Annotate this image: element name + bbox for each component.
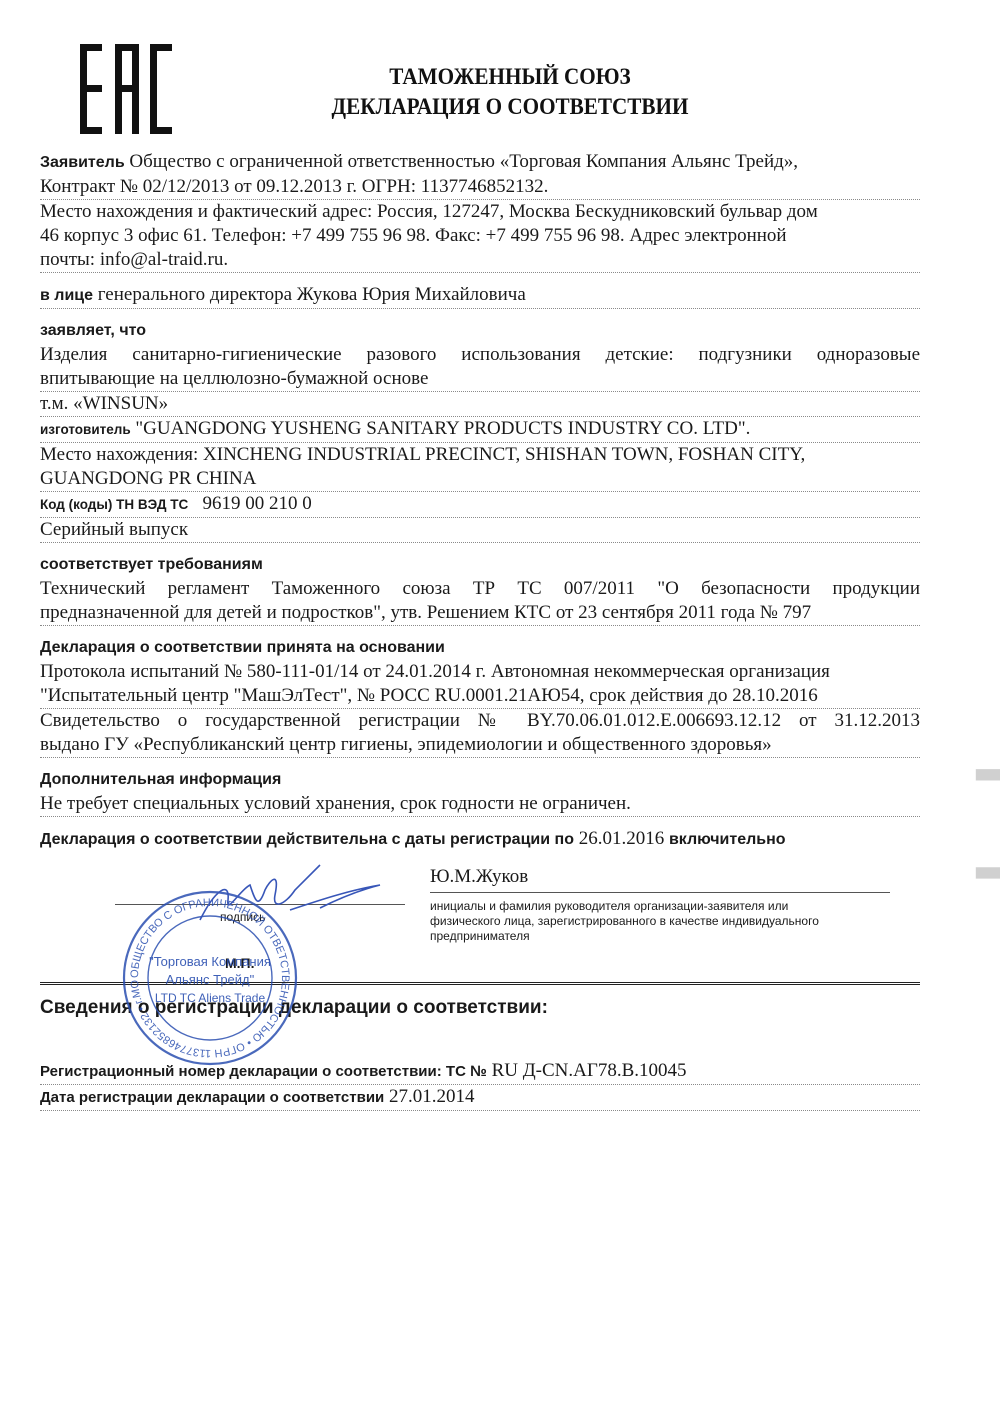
applicant-address-1: Место нахождения и фактический адрес: Ро… [40,200,920,224]
hs-code: Код (коды) ТН ВЭД ТС 9619 00 210 0 [40,492,920,518]
basis-line-2: "Испытательный центр "МашЭлТест", № РОСС… [40,684,920,709]
complies-label: соответствует требованиям [40,553,920,577]
trademark: т.м. «WINSUN» [40,392,920,417]
declaration-body: Заявитель Общество с ограниченной ответс… [40,150,920,1111]
basis-label: Декларация о соответствии принята на осн… [40,636,920,660]
divider [40,982,920,985]
manufacturer-location-1: Место нахождения: XINCHENG INDUSTRIAL PR… [40,443,920,467]
watermark-text: esselshop.ru [950,409,1000,1170]
product-line-1: Изделия санитарно-гигиенические разового… [40,343,920,367]
production-type: Серийный выпуск [40,518,920,543]
additional-info: Не требует специальных условий хранения,… [40,792,920,817]
seal-label: М.П. [225,955,255,971]
declares-label: заявляет, что [40,319,920,343]
applicant-address-2: 46 корпус 3 офис 61. Телефон: +7 499 755… [40,224,920,248]
signer-block: Ю.М.Жуков инициалы и фамилия руководител… [430,866,890,944]
basis-line-1: Протокола испытаний № 580-111-01/14 от 2… [40,660,920,684]
manufacturer: изготовитель "GUANGDONG YUSHENG SANITARY… [40,417,920,443]
regulation-line-2: предназначенной для детей и подростков",… [40,601,920,626]
regulation-line-1: Технический регламент Таможенного союза … [40,577,920,601]
signer-caption: инициалы и фамилия руководителя организа… [430,899,890,944]
document-title: ТАМОЖЕННЫЙ СОЮЗ ДЕКЛАРАЦИЯ О СООТВЕТСТВИ… [271,62,749,122]
title-customs-union: ТАМОЖЕННЫЙ СОЮЗ [271,62,749,92]
applicant-line-2: Контракт № 02/12/2013 от 09.12.2013 г. О… [40,175,920,200]
signature-line [115,904,405,905]
applicant-email: почты: info@al-traid.ru. [40,248,920,273]
title-declaration: ДЕКЛАРАЦИЯ О СООТВЕТСТВИИ [271,92,749,122]
registration-title: Сведения о регистрации декларации о соот… [40,997,920,1019]
eac-mark-icon [80,44,172,134]
validity: Декларация о соответствии действительна … [40,827,920,852]
signature-block: подпись Ю.М.Жуков инициалы и фамилия рук… [40,852,920,982]
basis-line-3: Свидетельство о государственной регистра… [40,709,920,733]
product-line-2: впитывающие на целлюлозно-бумажной основ… [40,367,920,392]
registration-date: Дата регистрации декларации о соответств… [40,1085,920,1111]
registration-number: Регистрационный номер декларации о соотв… [40,1059,920,1085]
manufacturer-location-2: GUANGDONG PR CHINA [40,467,920,492]
signature-caption: подпись [220,910,265,924]
applicant-line-1: Заявитель Общество с ограниченной ответс… [40,150,920,175]
additional-label: Дополнительная информация [40,768,920,792]
basis-line-4: выдано ГУ «Республиканский центр гигиены… [40,733,920,758]
signer-name: Ю.М.Жуков [430,866,890,893]
represented-by: в лице генерального директора Жукова Юри… [40,283,920,309]
applicant-label: Заявитель [40,154,125,171]
